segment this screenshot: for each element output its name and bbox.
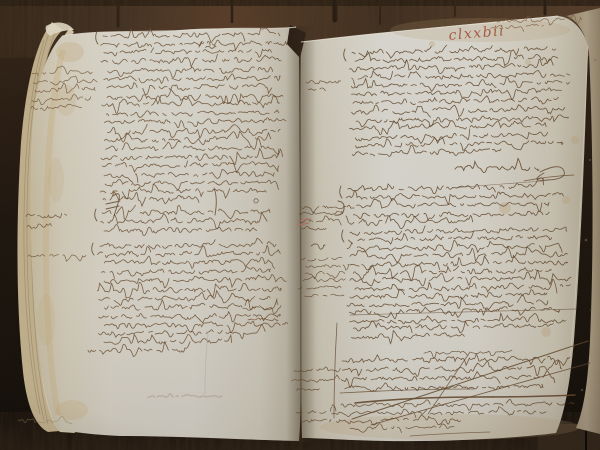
photo-grain bbox=[0, 0, 600, 450]
manuscript-photo: clxxbii bbox=[0, 0, 600, 450]
